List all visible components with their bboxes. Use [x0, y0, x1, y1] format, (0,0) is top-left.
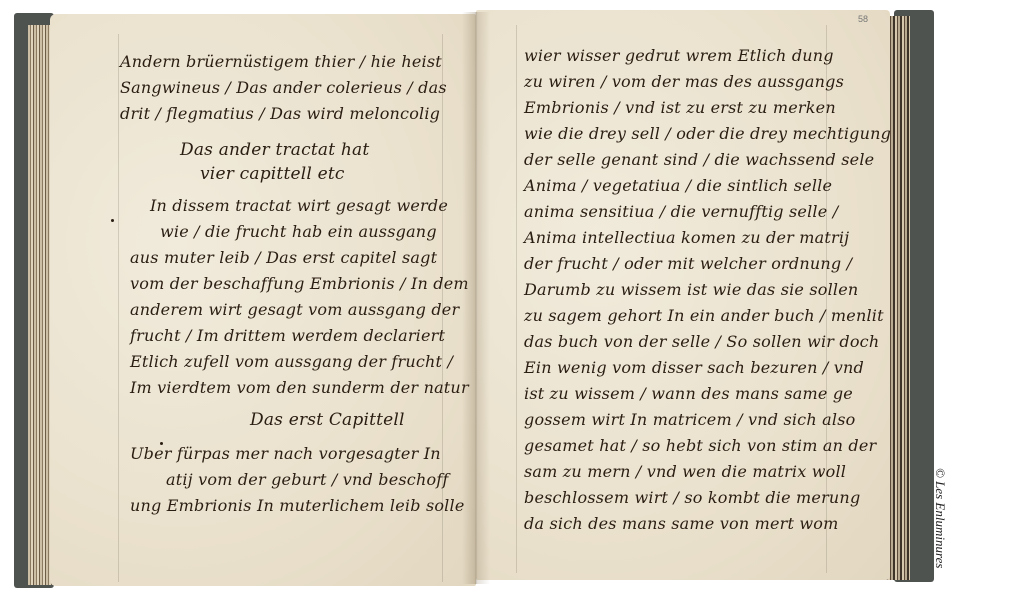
text-line: gesamet hat / so hebt sich von stim an d…	[524, 436, 876, 455]
text-line: der selle genant sind / die wachssend se…	[524, 150, 874, 169]
text-line: frucht / Im drittem werdem declariert	[130, 326, 445, 345]
left-page: Andern brüernüstigem thier / hie heist S…	[50, 14, 476, 586]
section-heading: Das ander tractat hat	[180, 140, 369, 160]
margin-mark	[111, 219, 114, 222]
text-line: ung Embrionis In muterlichem leib solle	[130, 496, 465, 515]
text-line: anima sensitiua / die vernufftig selle /	[524, 202, 838, 221]
chapter-heading: Das erst Capittell	[250, 410, 405, 430]
text-line: wier wisser gedrut wrem Etlich dung	[524, 46, 834, 65]
section-heading: vier capittell etc	[200, 164, 345, 184]
text-line: Im vierdtem vom den sunderm der natur	[130, 378, 469, 397]
text-line: aus muter leib / Das erst capitel sagt	[130, 248, 437, 267]
text-line: ist zu wissem / wann des mans same ge	[524, 384, 853, 403]
copyright-credit: © Les Enluminures	[932, 468, 948, 568]
text-line: zu sagem gehort In ein ander buch / menl…	[524, 306, 884, 325]
book-gutter	[462, 12, 490, 584]
text-line: gossem wirt In matricem / vnd sich also	[524, 410, 855, 429]
text-line: In dissem tractat wirt gesagt werde	[150, 196, 448, 215]
text-line: Darumb zu wissem ist wie das sie sollen	[524, 280, 858, 299]
ruling-line	[118, 34, 119, 582]
text-line: das buch von der selle / So sollen wir d…	[524, 332, 879, 351]
text-line: sam zu mern / vnd wen die matrix woll	[524, 462, 846, 481]
text-line: drit / flegmatius / Das wird meloncolig	[120, 104, 440, 123]
text-line: Anima / vegetatiua / die sintlich selle	[524, 176, 832, 195]
text-line: wie die drey sell / oder die drey mechti…	[524, 124, 891, 143]
text-line: der frucht / oder mit welcher ordnung /	[524, 254, 852, 273]
text-line: Uber fürpas mer nach vorgesagter In	[130, 444, 441, 463]
text-line: anderem wirt gesagt vom aussgang der	[130, 300, 459, 319]
text-line: Etlich zufell vom aussgang der frucht /	[130, 352, 453, 371]
text-line: zu wiren / vom der mas des aussgangs	[524, 72, 844, 91]
folio-number: 58	[858, 14, 868, 24]
text-line: da sich des mans same von mert wom	[524, 514, 839, 533]
text-line: beschlossem wirt / so kombt die merung	[524, 488, 860, 507]
text-line: Sangwineus / Das ander colerieus / das	[120, 78, 447, 97]
text-line: Embrionis / vnd ist zu erst zu merken	[524, 98, 836, 117]
ruling-line	[516, 25, 517, 573]
open-manuscript: Andern brüernüstigem thier / hie heist S…	[14, 10, 934, 588]
text-line: atij vom der geburt / vnd beschoff	[166, 470, 449, 489]
right-page: wier wisser gedrut wrem Etlich dung zu w…	[476, 10, 890, 580]
text-line: wie / die frucht hab ein aussgang	[160, 222, 437, 241]
text-line: vom der beschaffung Embrionis / In dem	[130, 274, 469, 293]
text-line: Anima intellectiua komen zu der matrij	[524, 228, 849, 247]
text-line: Andern brüernüstigem thier / hie heist	[120, 52, 442, 71]
text-line: Ein wenig vom disser sach bezuren / vnd	[524, 358, 864, 377]
